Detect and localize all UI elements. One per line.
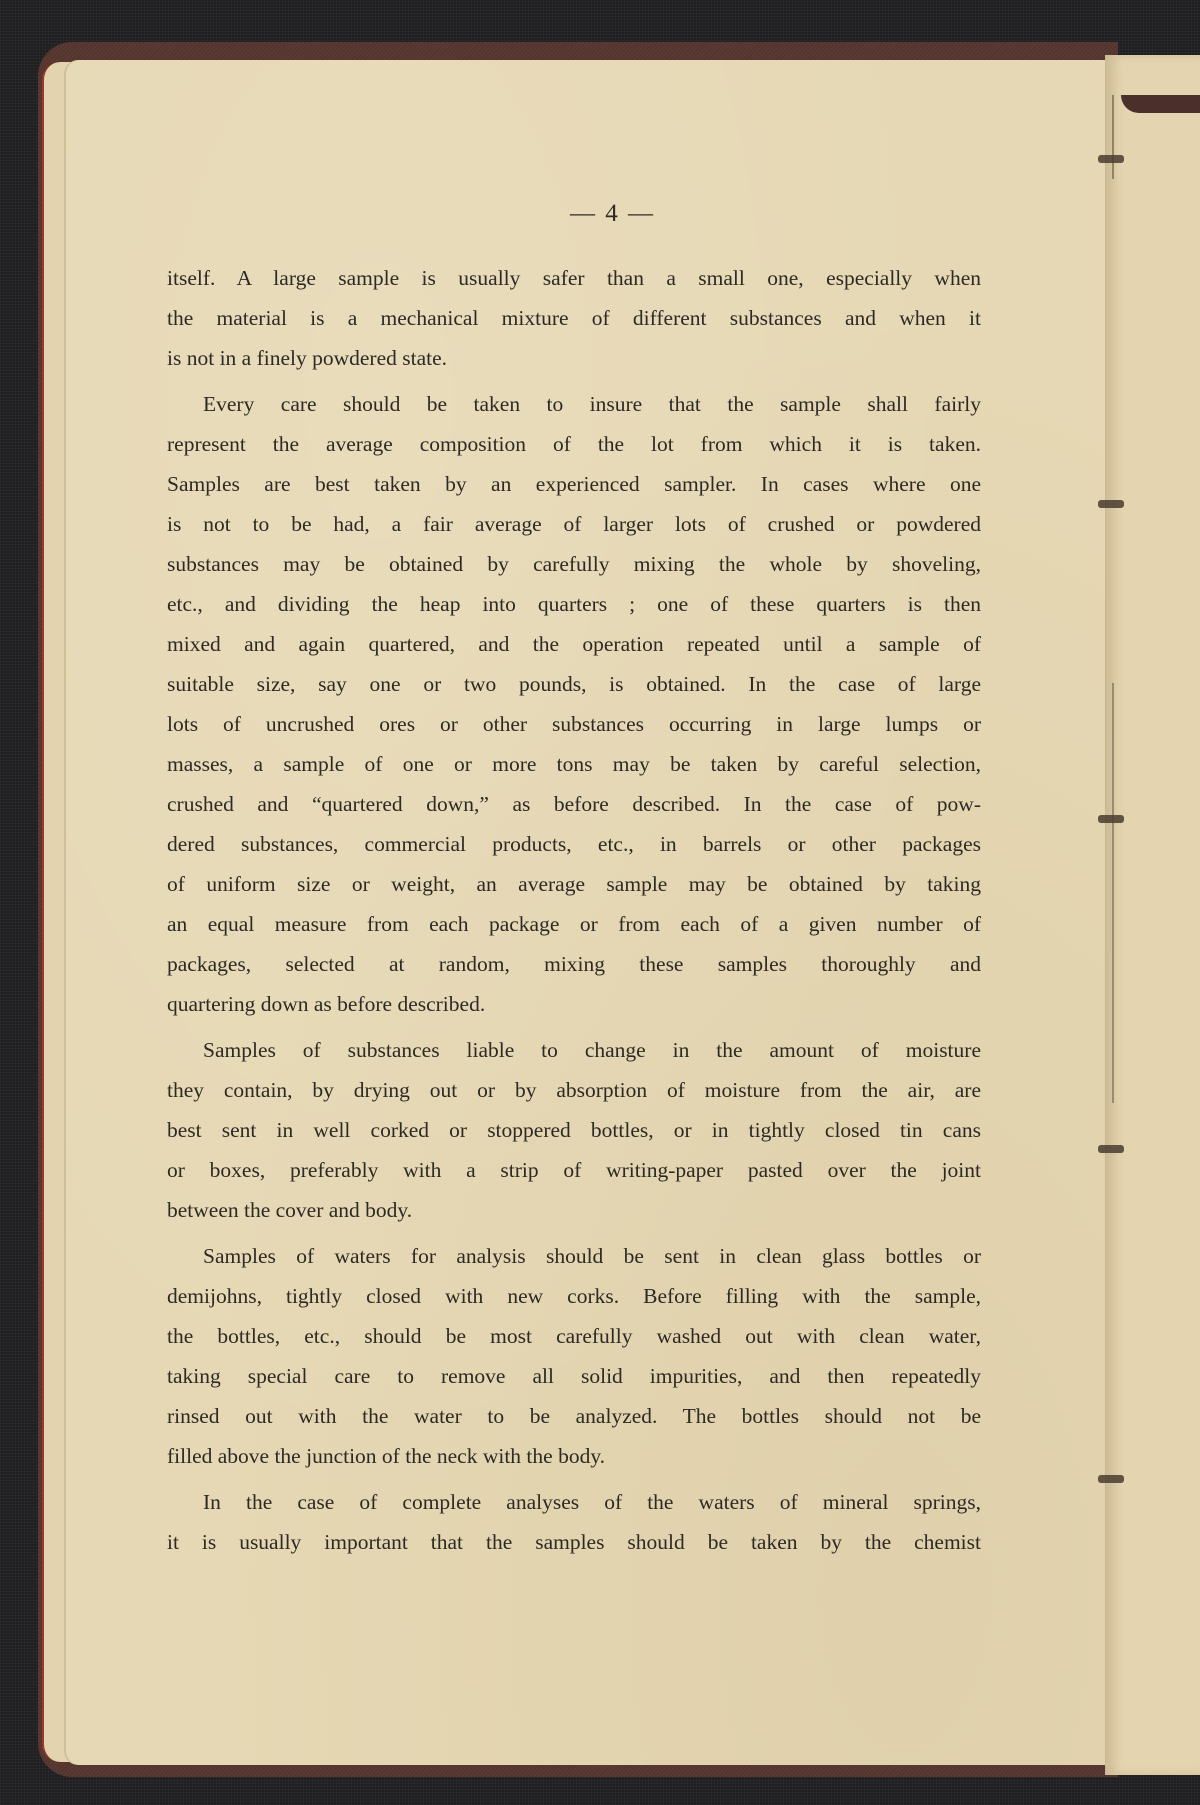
text-line: quartering down as before described.: [167, 984, 981, 1024]
facing-page-gutter: [1105, 55, 1200, 1775]
text-line: etc., and dividing the heap into quarter…: [167, 584, 981, 624]
text-line: masses, a sample of one or more tons may…: [167, 744, 981, 784]
binding-thread: [1112, 95, 1114, 1775]
text-line: between the cover and body.: [167, 1190, 981, 1230]
text-line: lots of uncrushed ores or other substanc…: [167, 704, 981, 744]
text-line: taking special care to remove all solid …: [167, 1356, 981, 1396]
text-line: Samples of substances liable to change i…: [167, 1030, 981, 1070]
binding-stitch: [1098, 500, 1124, 508]
text-line: of uniform size or weight, an average sa…: [167, 864, 981, 904]
text-line: it is usually important that the samples…: [167, 1522, 981, 1562]
text-line: represent the average composition of the…: [167, 424, 981, 464]
text-line: the bottles, etc., should be most carefu…: [167, 1316, 981, 1356]
text-line: an equal measure from each package or fr…: [167, 904, 981, 944]
text-line: or boxes, preferably with a strip of wri…: [167, 1150, 981, 1190]
text-line: itself. A large sample is usually safer …: [167, 258, 981, 298]
text-line: mixed and again quartered, and the opera…: [167, 624, 981, 664]
text-line: Every care should be taken to insure tha…: [167, 384, 981, 424]
text-line: the material is a mechanical mixture of …: [167, 298, 981, 338]
text-line: crushed and “quartered down,” as before …: [167, 784, 981, 824]
page-number: — 4 —: [0, 200, 1200, 228]
facing-cover-edge: [1121, 95, 1200, 113]
text-line: they contain, by drying out or by absorp…: [167, 1070, 981, 1110]
text-line: substances may be obtained by carefully …: [167, 544, 981, 584]
body-text: itself. A large sample is usually safer …: [167, 258, 981, 1568]
text-line: In the case of complete analyses of the …: [167, 1482, 981, 1522]
binding-stitch: [1098, 155, 1124, 163]
text-line: is not to be had, a fair average of larg…: [167, 504, 981, 544]
text-line: suitable size, say one or two pounds, is…: [167, 664, 981, 704]
text-line: packages, selected at random, mixing the…: [167, 944, 981, 984]
text-line: Samples are best taken by an experienced…: [167, 464, 981, 504]
text-line: Samples of waters for analysis should be…: [167, 1236, 981, 1276]
binding-stitch: [1098, 1145, 1124, 1153]
paragraph: In the case of complete analyses of the …: [167, 1482, 981, 1562]
text-line: demijohns, tightly closed with new corks…: [167, 1276, 981, 1316]
paragraph: itself. A large sample is usually safer …: [167, 258, 981, 378]
text-line: is not in a finely powdered state.: [167, 338, 981, 378]
text-line: filled above the junction of the neck wi…: [167, 1436, 981, 1476]
binding-stitch: [1098, 1475, 1124, 1483]
paragraph: Samples of substances liable to change i…: [167, 1030, 981, 1230]
text-line: rinsed out with the water to be analyzed…: [167, 1396, 981, 1436]
paragraph: Every care should be taken to insure tha…: [167, 384, 981, 1024]
binding-stitch: [1098, 815, 1124, 823]
paragraph: Samples of waters for analysis should be…: [167, 1236, 981, 1476]
text-line: dered substances, commercial products, e…: [167, 824, 981, 864]
text-line: best sent in well corked or stoppered bo…: [167, 1110, 981, 1150]
